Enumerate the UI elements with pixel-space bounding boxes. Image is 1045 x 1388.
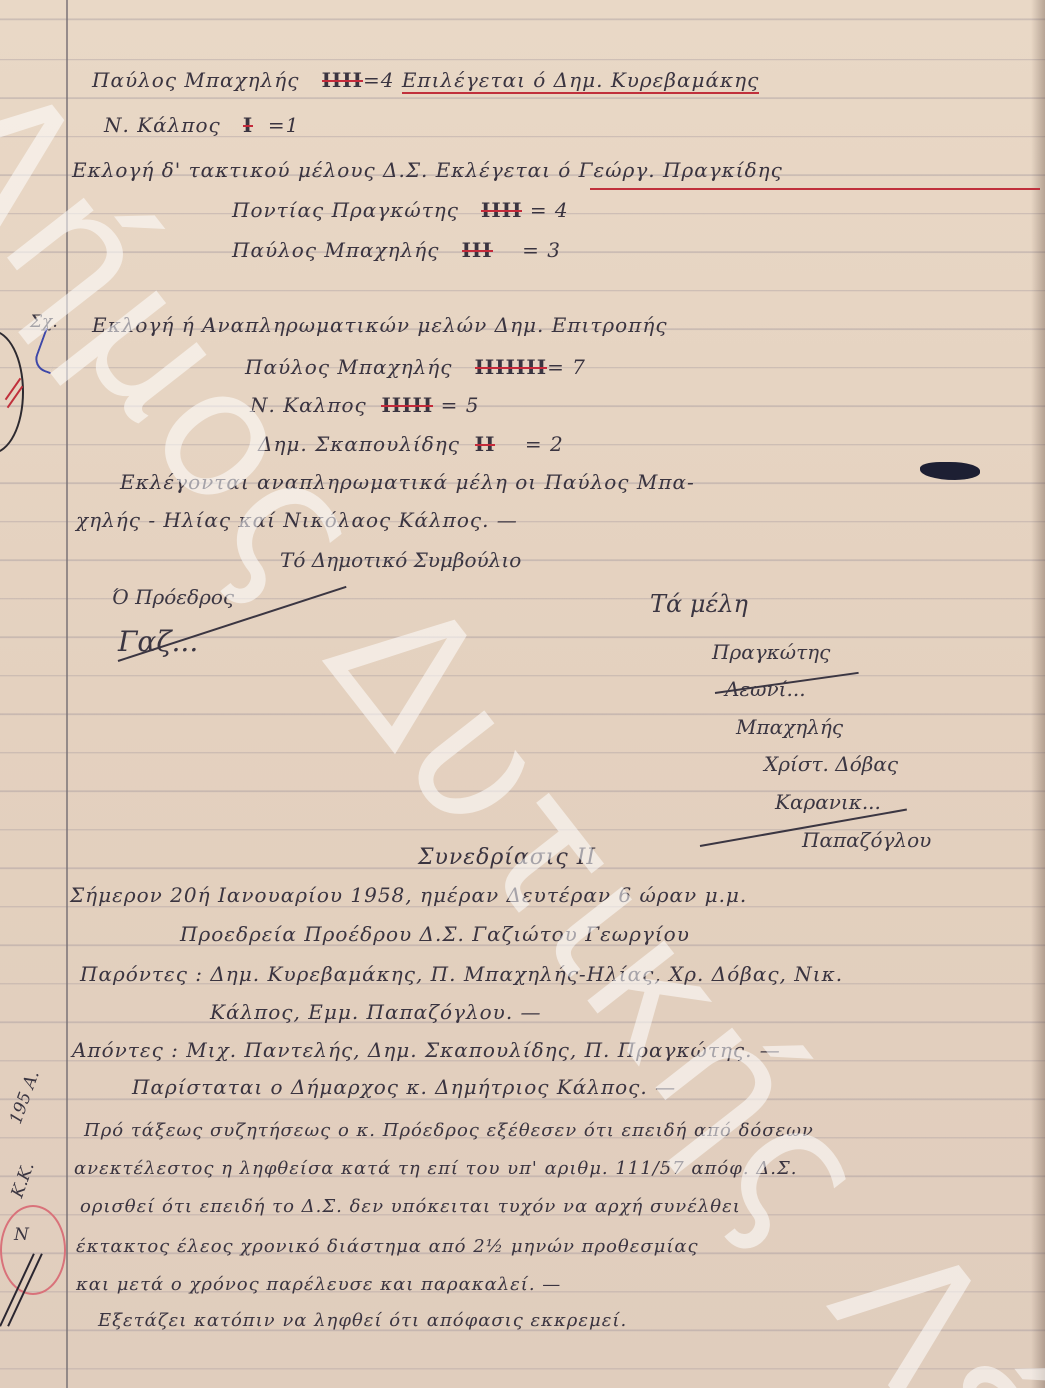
- decision-line: και μετά ο χρόνος παρέλευσε και παρακαλε…: [76, 1274, 561, 1295]
- session-date-line: Σήμερον 20ή Ιανουαρίου 1958, ημέραν Δευτ…: [70, 883, 747, 907]
- tally-marks: IIII: [322, 68, 363, 92]
- tally-marks: IIIII: [381, 393, 433, 417]
- present-line: Παρόντες : Δημ. Κυρεβαμάκης, Π. Μπαχηλής…: [80, 962, 843, 986]
- members-label: Τά μέλη: [650, 590, 748, 618]
- session-title: Συνεδρίασις II: [418, 845, 596, 870]
- page-edge-shadow: [1031, 0, 1045, 1388]
- decision-line: ορισθεί ότι επειδή το Δ.Σ. δεν υπόκειται…: [80, 1196, 741, 1217]
- tally-marks: IIII: [481, 198, 522, 222]
- tally-marks: IIIIIII: [475, 355, 548, 379]
- vote-line: Ν. Καλπος IIIII = 5: [250, 393, 479, 417]
- vote-heading: Εκλογή ή Αναπληρωματικών μελών Δημ. Επιτ…: [92, 313, 668, 337]
- tally-marks: II: [475, 432, 496, 456]
- vote-line: Δημ. Σκαπουλίδης II = 2: [258, 432, 564, 456]
- session-chair-line: Προεδρεία Προέδρου Δ.Σ. Γαζιώτου Γεωργίο…: [180, 922, 690, 946]
- president-label: Ό Πρόεδρος: [112, 585, 234, 609]
- decision-line: Πρό τάξεως συζητήσεως ο κ. Πρόεδρος εξέθ…: [84, 1120, 814, 1141]
- member-signature: Παπαζόγλου: [802, 828, 931, 852]
- member-signature: Μπαχηλής: [736, 715, 843, 739]
- president-signature: Γαζ...: [118, 625, 198, 658]
- margin-annotation: Σχ.: [30, 312, 58, 332]
- vote-line: Ν. Κάλπος I =1: [104, 113, 299, 137]
- vote-line: Ποντίας Πραγκώτης IIII = 4: [232, 198, 569, 222]
- vote-line: Παύλος Μπαχηλής III = 3: [232, 238, 561, 262]
- red-underline: [590, 188, 1040, 190]
- election-result-note: Επιλέγεται ό Δημ. Κυρεβαμάκης: [402, 68, 759, 94]
- conclusion-line: Εκλέγονται αναπληρωματικά μέλη οι Παύλος…: [120, 470, 695, 494]
- present-label: Παρόντες :: [80, 962, 203, 986]
- vote-line: Παύλος Μπαχηλής IIIIIII= 7: [245, 355, 586, 379]
- council-label: Τό Δημοτικό Συμβούλιο: [280, 548, 521, 572]
- conclusion-line: χηλής - Ηλίας καί Νικόλαος Κάλπος. —: [76, 508, 518, 532]
- absent-label: Απόντες :: [72, 1038, 179, 1062]
- absent-line: Απόντες : Μιχ. Παντελής, Δημ. Σκαπουλίδη…: [72, 1038, 781, 1062]
- circled-initial: Ν: [14, 1225, 29, 1245]
- attending-line: Παρίσταται ο Δήμαρχος κ. Δημήτριος Κάλπο…: [132, 1075, 676, 1099]
- tally-marks: III: [462, 238, 493, 262]
- tally-marks: I: [243, 113, 253, 137]
- red-circle-icon: [0, 1205, 66, 1295]
- member-signature: Πραγκώτης: [712, 640, 830, 664]
- vote-line: Παύλος Μπαχηλής IIII=4 Επιλέγεται ό Δημ.…: [92, 68, 759, 92]
- margin-rule: [66, 0, 68, 1388]
- member-signature: Χρίστ. Δόβας: [764, 752, 898, 776]
- member-signature: Καρανικ...: [775, 790, 881, 814]
- vote-heading: Εκλογή δ' τακτικού μέλους Δ.Σ. Εκλέγεται…: [72, 158, 783, 182]
- decision-line: έκτακτος έλεος χρονικό διάστημα από 2½ μ…: [76, 1236, 699, 1257]
- decision-line: ανεκτέλεστος η ληφθείσα κατά τη επί του …: [74, 1158, 797, 1179]
- present-line-cont: Κάλπος, Εμμ. Παπαζόγλου. —: [210, 1000, 542, 1024]
- decision-line: Εξετάζει κατόπιν να ληφθεί ότι απόφασις …: [98, 1310, 627, 1331]
